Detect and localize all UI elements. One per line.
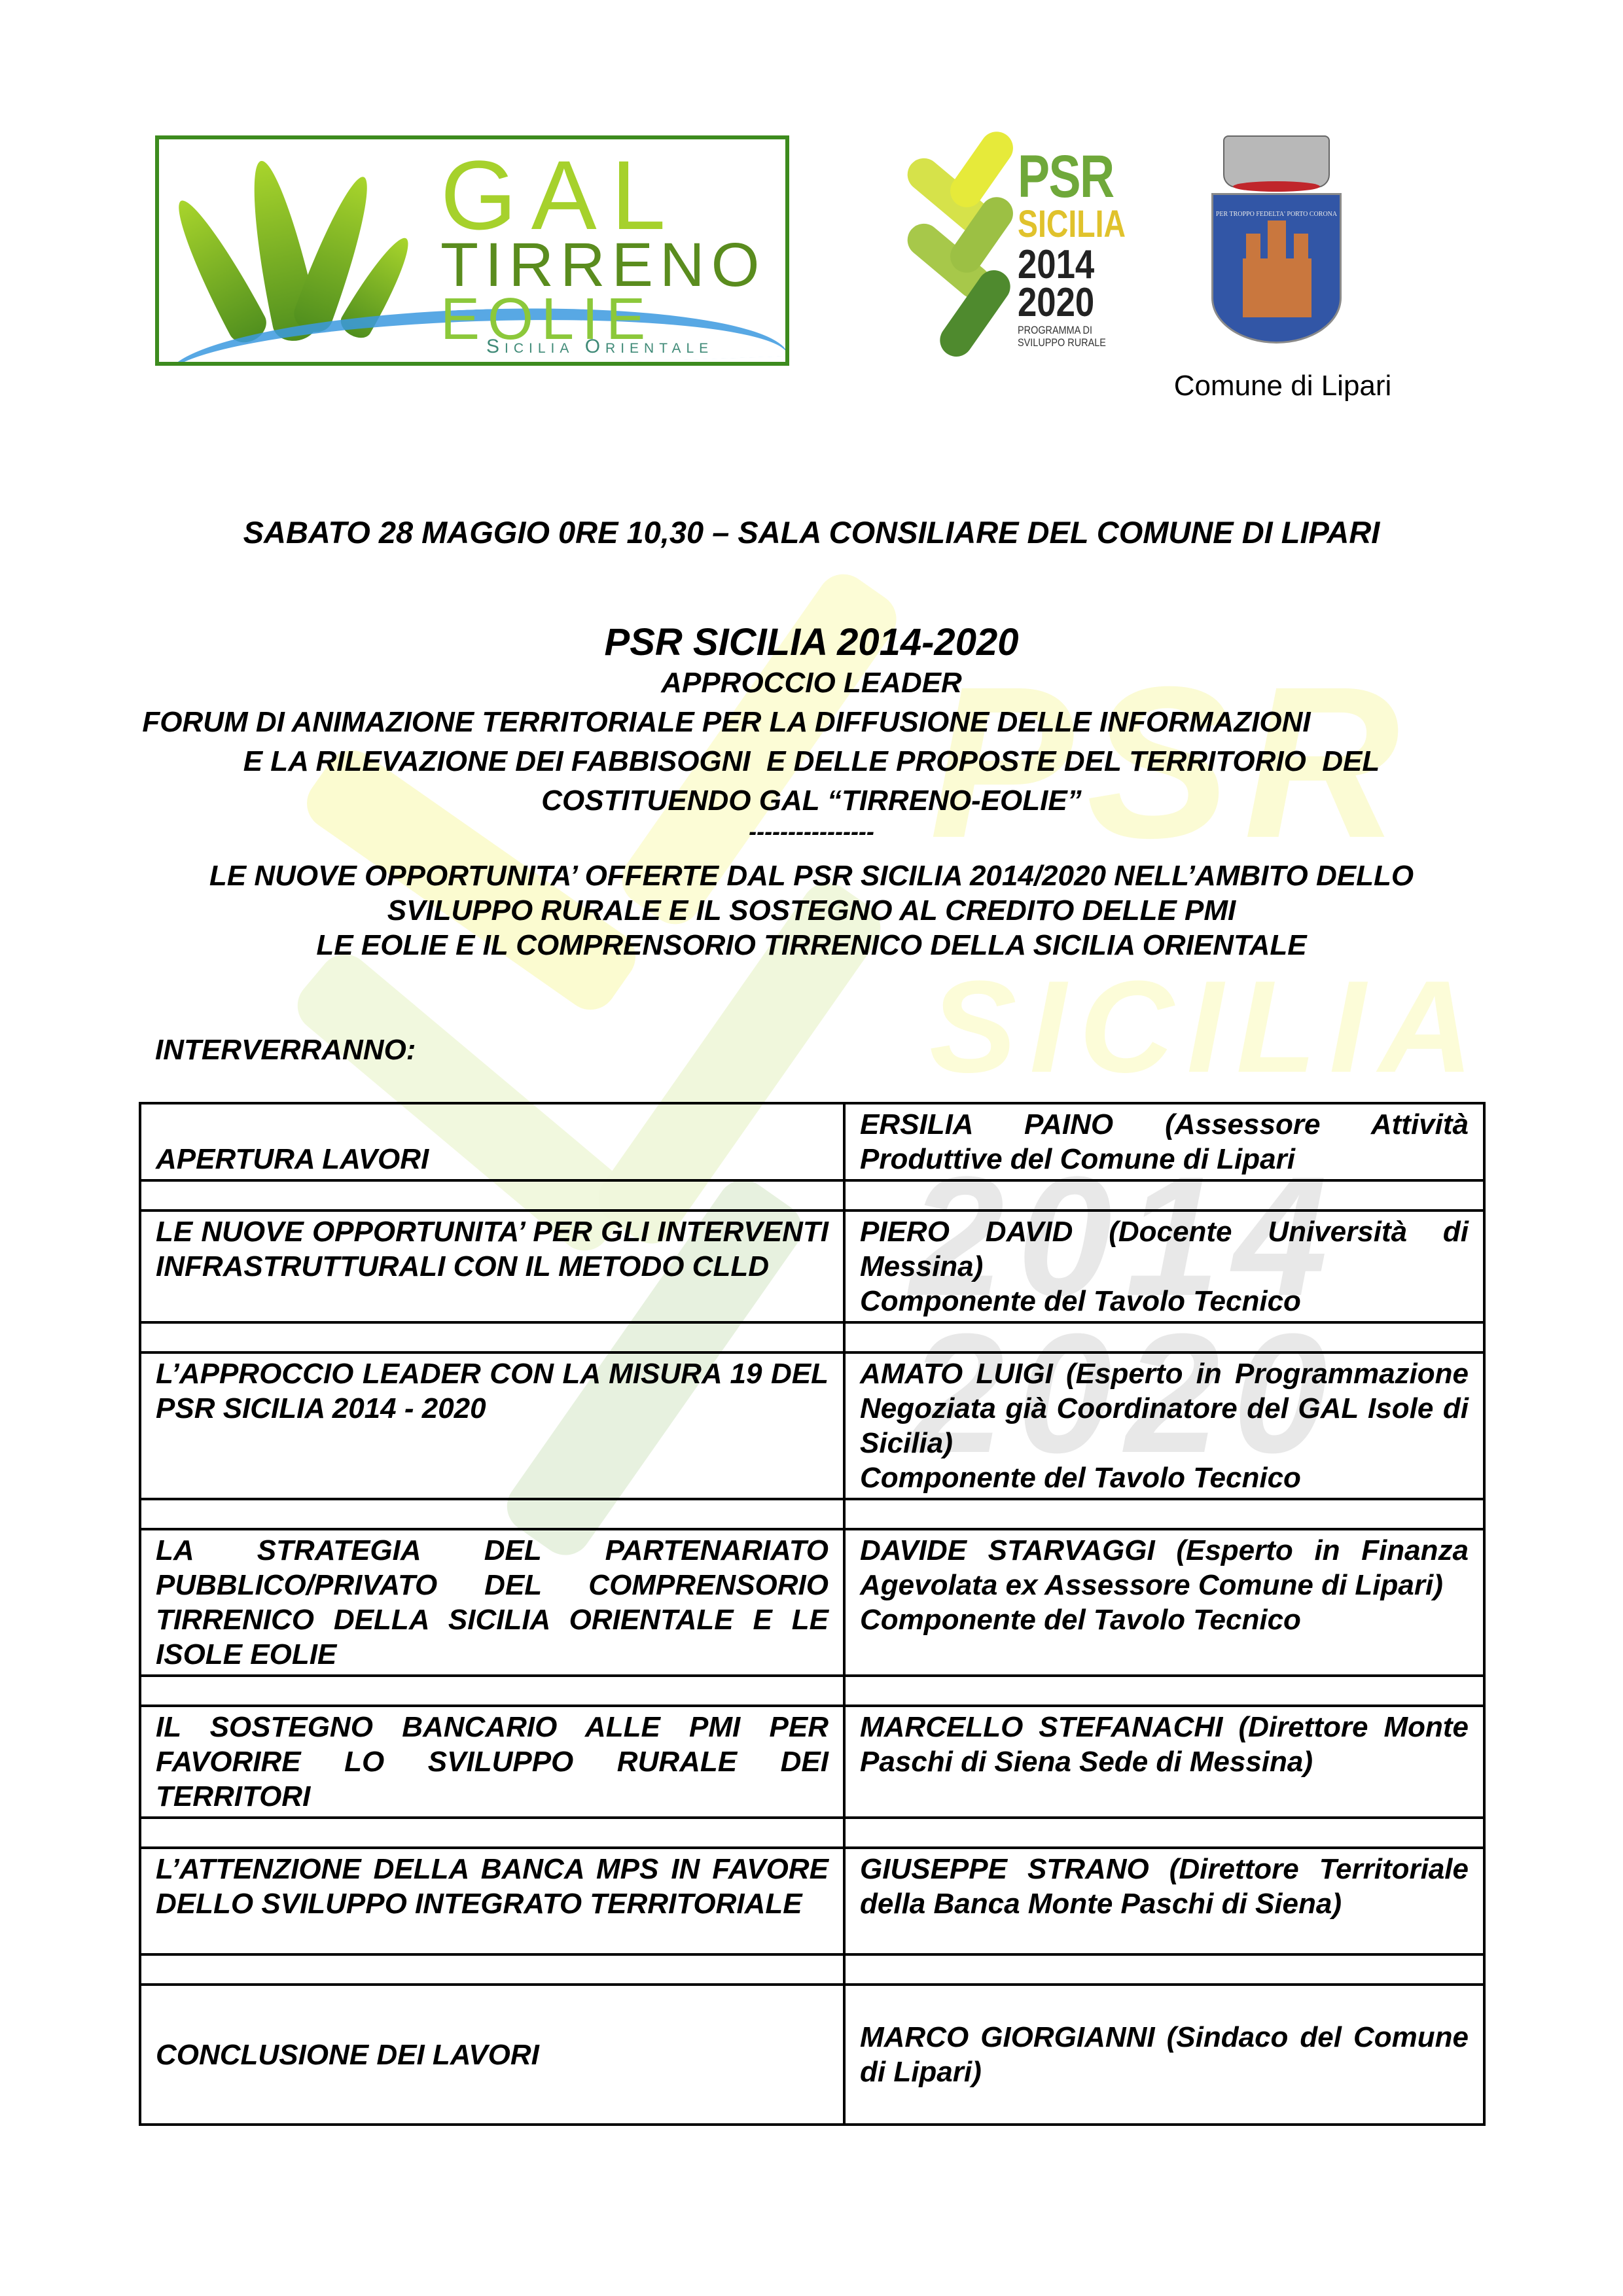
psr-logo-year-end: 2020 xyxy=(1018,283,1094,323)
table-row: LE NUOVE OPPORTUNITA’ PER GLI INTERVENTI… xyxy=(140,1210,1484,1322)
table-row: IL SOSTEGNO BANCARIO ALLE PMI PER FAVORI… xyxy=(140,1706,1484,1818)
spacer-cell xyxy=(844,1180,1484,1210)
subtitle-approccio-leader: APPROCCIO LEADER xyxy=(0,669,1623,698)
agenda-speaker: GIUSEPPE STRANO (Direttore Territoriale … xyxy=(844,1848,1484,1954)
spacer-cell xyxy=(844,1818,1484,1848)
spacer-cell xyxy=(140,1818,844,1848)
table-spacer-row xyxy=(140,1818,1484,1848)
table-spacer-row xyxy=(140,1676,1484,1706)
agenda-speaker: ERSILIA PAINO (Assessore Attività Produt… xyxy=(844,1103,1484,1180)
castle-tower-icon xyxy=(1268,221,1286,260)
psr-sicilia-logo: PSR SICILIA 2014 2020 PROGRAMMA DI SVILU… xyxy=(900,140,1129,354)
agenda-topic: LE NUOVE OPPORTUNITA’ PER GLI INTERVENTI… xyxy=(140,1210,844,1322)
castle-icon xyxy=(1243,258,1311,317)
spacer-cell xyxy=(844,1499,1484,1529)
table-spacer-row xyxy=(140,1322,1484,1352)
comune-di-lipari-label: Comune di Lipari xyxy=(1165,370,1400,402)
psr-logo-caption-line2: SVILUPPO RURALE xyxy=(1018,337,1106,349)
table-row: APERTURA LAVORIERSILIA PAINO (Assessore … xyxy=(140,1103,1484,1180)
lipari-coat-of-arms: PER TROPPO FEDELTA' PORTO CORONA xyxy=(1210,135,1343,359)
agenda-speaker: DAVIDE STARVAGGI (Esperto in Finanza Age… xyxy=(844,1529,1484,1676)
agenda-speaker: AMATO LUIGI (Esperto in Programmazione N… xyxy=(844,1352,1484,1499)
crown-band-icon xyxy=(1233,181,1320,192)
gal-tirreno-eolie-logo: GAL TIRRENO EOLIE Sicilia Orientale xyxy=(155,135,789,366)
spacer-cell xyxy=(140,1322,844,1352)
separator-dashes: ---------------- xyxy=(0,820,1623,843)
speakers-heading: INTERVERRANNO: xyxy=(155,1034,416,1067)
spacer-cell xyxy=(844,1954,1484,1985)
psr-logo-caption-line1: PROGRAMMA DI xyxy=(1018,325,1106,337)
spacer-cell xyxy=(140,1180,844,1210)
spacer-cell xyxy=(844,1676,1484,1706)
table-row: CONCLUSIONE DEI LAVORIMARCO GIORGIANNI (… xyxy=(140,1985,1484,2125)
agenda-topic: IL SOSTEGNO BANCARIO ALLE PMI PER FAVORI… xyxy=(140,1706,844,1818)
psr-logo-year-start: 2014 xyxy=(1018,245,1094,285)
psr-chevron-icon xyxy=(944,125,1020,213)
gal-logo-word-gal: GAL xyxy=(440,146,680,244)
psr-logo-title: PSR xyxy=(1018,147,1114,207)
table-row: L’ATTENZIONE DELLA BANCA MPS IN FAVORE D… xyxy=(140,1848,1484,1954)
table-row: LA STRATEGIA DEL PARTENARIATO PUBBLICO/P… xyxy=(140,1529,1484,1676)
table-spacer-row xyxy=(140,1499,1484,1529)
event-date-location: SABATO 28 MAGGIO 0RE 10,30 – SALA CONSIL… xyxy=(0,517,1623,548)
subtitle-forum-line2: E LA RILEVAZIONE DEI FABBISOGNI E DELLE … xyxy=(0,747,1623,776)
gal-logo-subtitle: Sicilia Orientale xyxy=(486,337,713,357)
table-row: L’APPROCCIO LEADER CON LA MISURA 19 DEL … xyxy=(140,1352,1484,1499)
theme-line2: SVILUPPO RURALE E IL SOSTEGNO AL CREDITO… xyxy=(0,896,1623,925)
agenda-speaker: MARCO GIORGIANNI (Sindaco del Comune di … xyxy=(844,1985,1484,2125)
document-title: PSR SICILIA 2014-2020 xyxy=(0,624,1623,662)
subtitle-forum-line1: FORUM DI ANIMAZIONE TERRITORIALE PER LA … xyxy=(0,708,1538,737)
watermark-sicilia: SICILIA xyxy=(929,962,1486,1093)
spacer-cell xyxy=(844,1322,1484,1352)
theme-line1: LE NUOVE OPPORTUNITA’ OFFERTE DAL PSR SI… xyxy=(0,862,1623,891)
coat-motto: PER TROPPO FEDELTA' PORTO CORONA xyxy=(1210,211,1343,218)
agenda-topic: LA STRATEGIA DEL PARTENARIATO PUBBLICO/P… xyxy=(140,1529,844,1676)
castle-tower-icon xyxy=(1246,234,1260,260)
table-spacer-row xyxy=(140,1954,1484,1985)
agenda-topic: L’APPROCCIO LEADER CON LA MISURA 19 DEL … xyxy=(140,1352,844,1499)
spacer-cell xyxy=(140,1954,844,1985)
theme-line3: LE EOLIE E IL COMPRENSORIO TIRRENICO DEL… xyxy=(0,931,1623,960)
table-spacer-row xyxy=(140,1180,1484,1210)
psr-logo-caption: PROGRAMMA DI SVILUPPO RURALE xyxy=(1018,325,1106,349)
agenda-speaker: MARCELLO STEFANACHI (Direttore Monte Pas… xyxy=(844,1706,1484,1818)
subtitle-forum-line3: COSTITUENDO GAL “TIRRENO-EOLIE” xyxy=(0,786,1623,815)
agenda-topic: APERTURA LAVORI xyxy=(140,1103,844,1180)
castle-tower-icon xyxy=(1294,234,1308,260)
agenda-topic: L’ATTENZIONE DELLA BANCA MPS IN FAVORE D… xyxy=(140,1848,844,1954)
program-table: APERTURA LAVORIERSILIA PAINO (Assessore … xyxy=(139,1102,1486,2126)
agenda-topic: CONCLUSIONE DEI LAVORI xyxy=(140,1985,844,2125)
mural-crown-icon xyxy=(1223,135,1330,188)
agenda-speaker: PIERO DAVID (Docente Università di Messi… xyxy=(844,1210,1484,1322)
spacer-cell xyxy=(140,1676,844,1706)
psr-logo-region: SICILIA xyxy=(1018,205,1126,243)
spacer-cell xyxy=(140,1499,844,1529)
